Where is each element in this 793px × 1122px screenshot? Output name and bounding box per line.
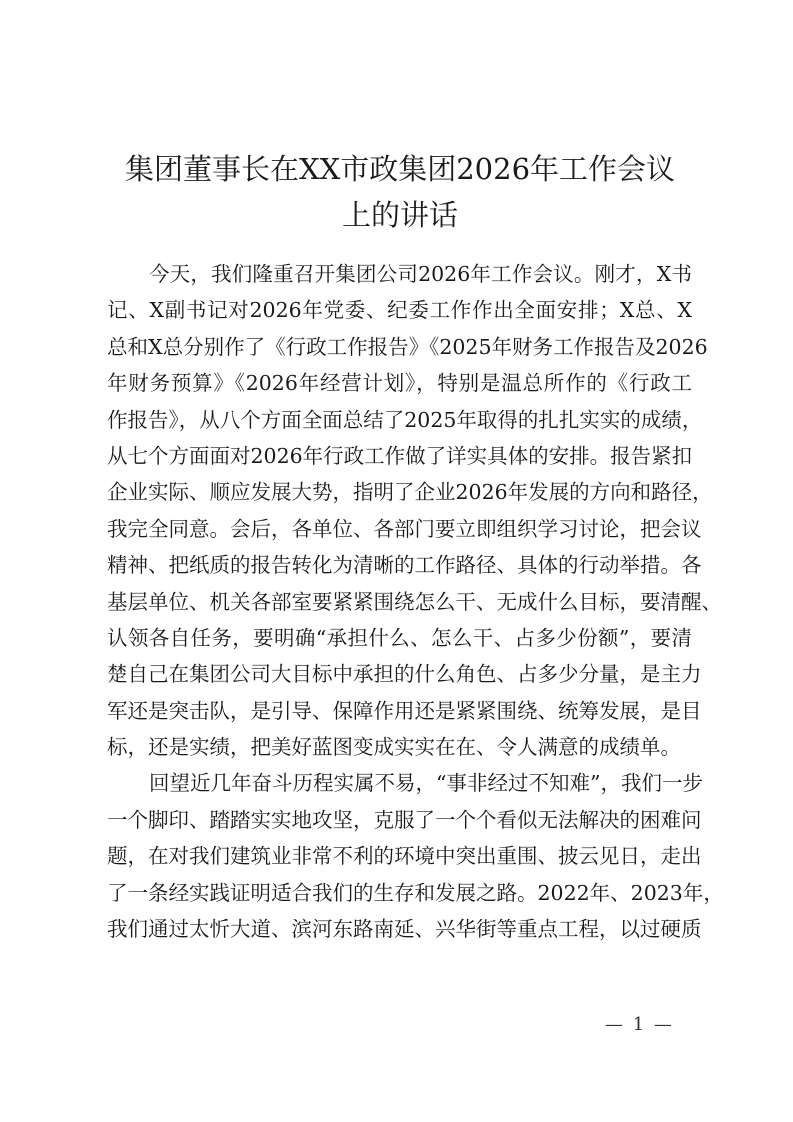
- paragraph-1: 今天，我们隆重召开集团公司2026年工作会议。刚才，X书 记、X副书记对2026…: [107, 256, 692, 765]
- page-number: — 1 —: [605, 1014, 674, 1035]
- title-line-1: 集团董事长在XX市政集团2026年工作会议: [100, 146, 700, 192]
- document-page: 集团董事长在XX市政集团2026年工作会议 上的讲话 今天，我们隆重召开集团公司…: [0, 0, 793, 1122]
- paragraph-line: 标，还是实绩，把美好蓝图变成实实在在、令人满意的成绩单。: [107, 729, 692, 765]
- paragraph-line: 楚自己在集团公司大目标中承担的什么角色、占多少分量，是主力: [107, 656, 692, 692]
- paragraph-line: 我完全同意。会后，各单位、各部门要立即组织学习讨论，把会议: [107, 511, 692, 547]
- paragraph-line: 了一条经实践证明适合我们的生存和发展之路。2022年、2023年，: [107, 875, 692, 911]
- document-title: 集团董事长在XX市政集团2026年工作会议 上的讲话: [100, 146, 700, 238]
- paragraph-line: 一个脚印、踏踏实实地攻坚，克服了一个个看似无法解决的困难问: [107, 802, 692, 838]
- paragraph-line: 军还是突击队，是引导、保障作用还是紧紧围绕、统筹发展，是目: [107, 693, 692, 729]
- paragraph-line: 认领各自任务，要明确“承担什么、怎么干、占多少份额”，要清: [107, 620, 692, 656]
- paragraph-line: 年财务预算》《2026年经营计划》，特别是温总所作的《行政工: [107, 365, 692, 401]
- paragraph-line: 记、X副书记对2026年党委、纪委工作作出全面安排；X总、X: [107, 292, 692, 328]
- paragraph-line: 企业实际、顺应发展大势，指明了企业2026年发展的方向和路径，: [107, 474, 692, 510]
- paragraph-line: 精神、把纸质的报告转化为清晰的工作路径、具体的行动举措。各: [107, 547, 692, 583]
- paragraph-line: 题，在对我们建筑业非常不利的环境中突出重围、披云见日，走出: [107, 838, 692, 874]
- paragraph-line: 作报告》，从八个方面全面总结了2025年取得的扎扎实实的成绩，: [107, 402, 692, 438]
- paragraph-line: 基层单位、机关各部室要紧紧围绕怎么干、无成什么目标，要清醒、: [107, 584, 692, 620]
- title-line-2: 上的讲话: [100, 192, 700, 238]
- paragraph-line: 今天，我们隆重召开集团公司2026年工作会议。刚才，X书: [107, 256, 692, 292]
- document-body: 今天，我们隆重召开集团公司2026年工作会议。刚才，X书 记、X副书记对2026…: [107, 256, 692, 947]
- paragraph-line: 回望近几年奋斗历程实属不易，“事非经过不知难”，我们一步: [107, 765, 692, 801]
- paragraph-2: 回望近几年奋斗历程实属不易，“事非经过不知难”，我们一步 一个脚印、踏踏实实地攻…: [107, 765, 692, 947]
- paragraph-line: 我们通过太忻大道、滨河东路南延、兴华街等重点工程，以过硬质: [107, 911, 692, 947]
- paragraph-line: 总和X总分别作了《行政工作报告》《2025年财务工作报告及2026: [107, 329, 692, 365]
- paragraph-line: 从七个方面面对2026年行政工作做了详实具体的安排。报告紧扣: [107, 438, 692, 474]
